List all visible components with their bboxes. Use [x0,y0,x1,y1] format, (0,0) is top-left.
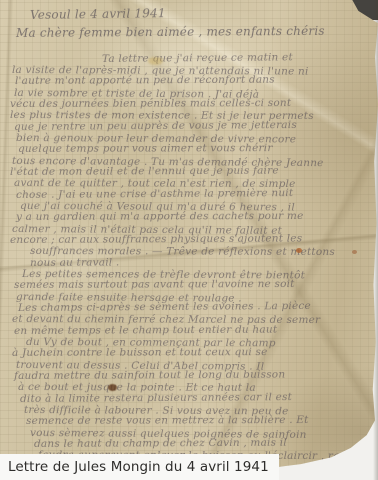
handwriting-line: dito à la limite restera plusieurs année… [20,391,292,405]
handwriting-line: dans le haut du champ de chez Cavin , ma… [34,437,287,450]
handwriting-line: Ta lettre que j'ai reçue ce matin et [102,51,293,65]
handwriting-line: en même temps et le champ tout entier du… [14,324,277,337]
handwriting-line: semence de reste vous en mettrez à la sa… [26,414,309,427]
handwriting-line: y a un gardien qui m'a apporté des cache… [16,210,304,223]
handwriting-line: que je rentre un peu auprès de vous je m… [14,119,297,133]
letter-salutation: Ma chère femme bien aimée , mes enfants … [16,24,325,40]
caption-text: Lettre de Jules Mongin du 4 avril 1941 [8,459,269,475]
handwriting-line: à Juchein contre le buisson et tout ceux… [12,346,268,359]
rust-stain [296,248,302,253]
handwriting-line: l'autre m'ont apporté un peu de réconfor… [15,74,275,87]
letter-photo: Vesoul le 4 avril 1941 Ma chère femme bi… [0,0,378,480]
letter-date-line: Vesoul le 4 avril 1941 [30,6,166,22]
handwriting-line: vécu des journées bien pénibles mais cel… [10,97,291,110]
handwriting-line: quelque temps pour vous aimer et vous ch… [18,142,273,155]
caption-bar: Lettre de Jules Mongin du 4 avril 1941 [0,454,279,480]
handwriting-line: encore ; car aux souffrances physiques s… [10,232,302,246]
handwriting-line: chose . J'ai eu une crise d'asthme la pr… [16,187,293,201]
rust-stain [352,250,357,254]
handwriting-line: l'état de mon deuil et de l'ennui que je… [10,165,279,178]
handwriting-line: semées mais surtout pas avant que l'avoi… [14,278,295,291]
handwriting-line: faudra mettre du sainfoin tout le long d… [14,369,285,382]
yellow-stain [148,57,163,65]
handwriting-line: Les champs ci-après se sèment les avoine… [18,300,311,314]
ink-stain [108,384,117,391]
letter-paper: Vesoul le 4 avril 1941 Ma chère femme bi… [0,0,378,475]
